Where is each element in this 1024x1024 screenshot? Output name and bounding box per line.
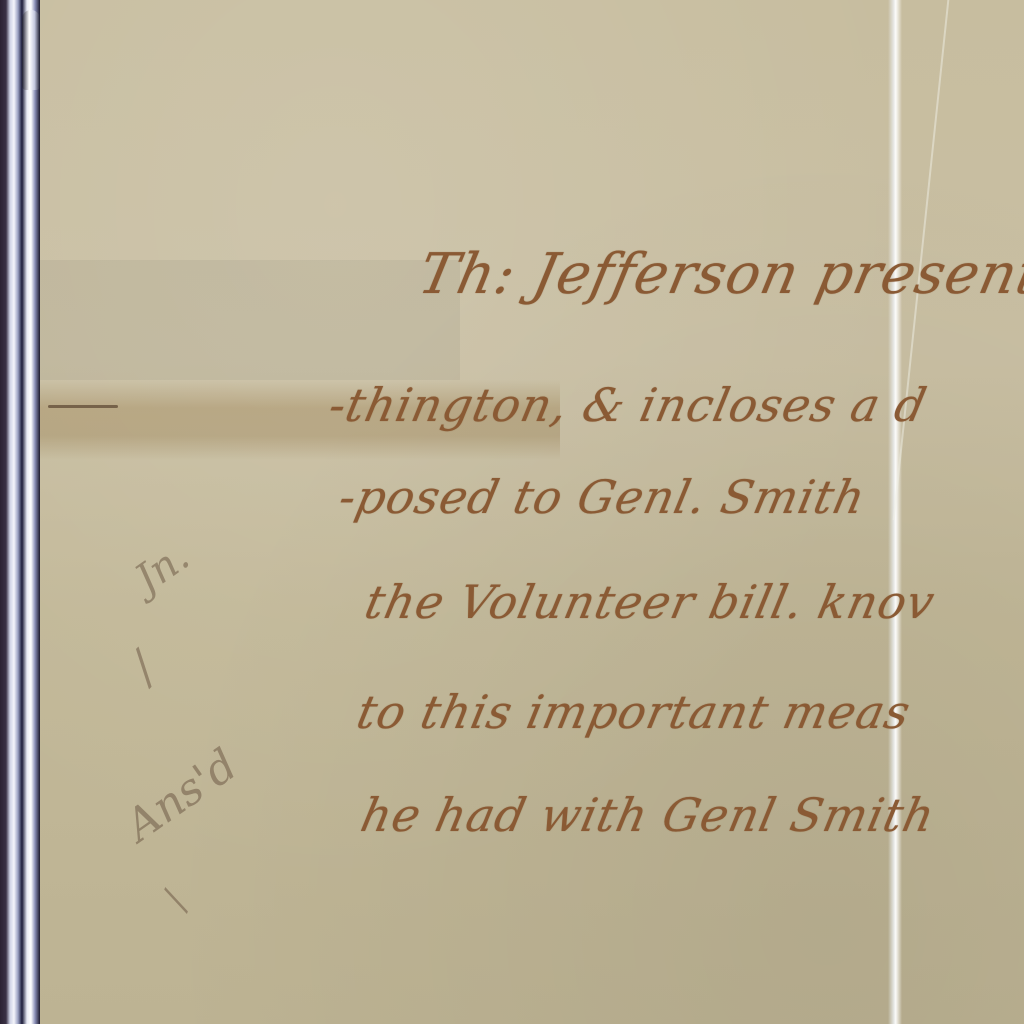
letter-line-3: -posed to Genl. Smith (334, 470, 870, 524)
edge-tear (48, 405, 118, 408)
water-stain-top (40, 260, 460, 380)
letter-line-1: Th: Jefferson presents (413, 242, 1024, 307)
letter-line-6: he had with Genl Smith (356, 788, 940, 842)
manuscript-page: Th: Jefferson presents -thington, & incl… (40, 0, 1024, 1024)
letter-line-4: the Volunteer bill. knov (360, 575, 940, 629)
margin-note: Jn. (127, 534, 198, 603)
margin-note: ∕ (118, 642, 167, 691)
binder-clip (22, 10, 40, 90)
letter-line-2: -thington, & incloses a d (324, 378, 932, 432)
margin-note: ∕ (155, 888, 198, 913)
letter-line-5: to this important meas (352, 685, 915, 739)
margin-note: Ans'd (116, 739, 246, 851)
